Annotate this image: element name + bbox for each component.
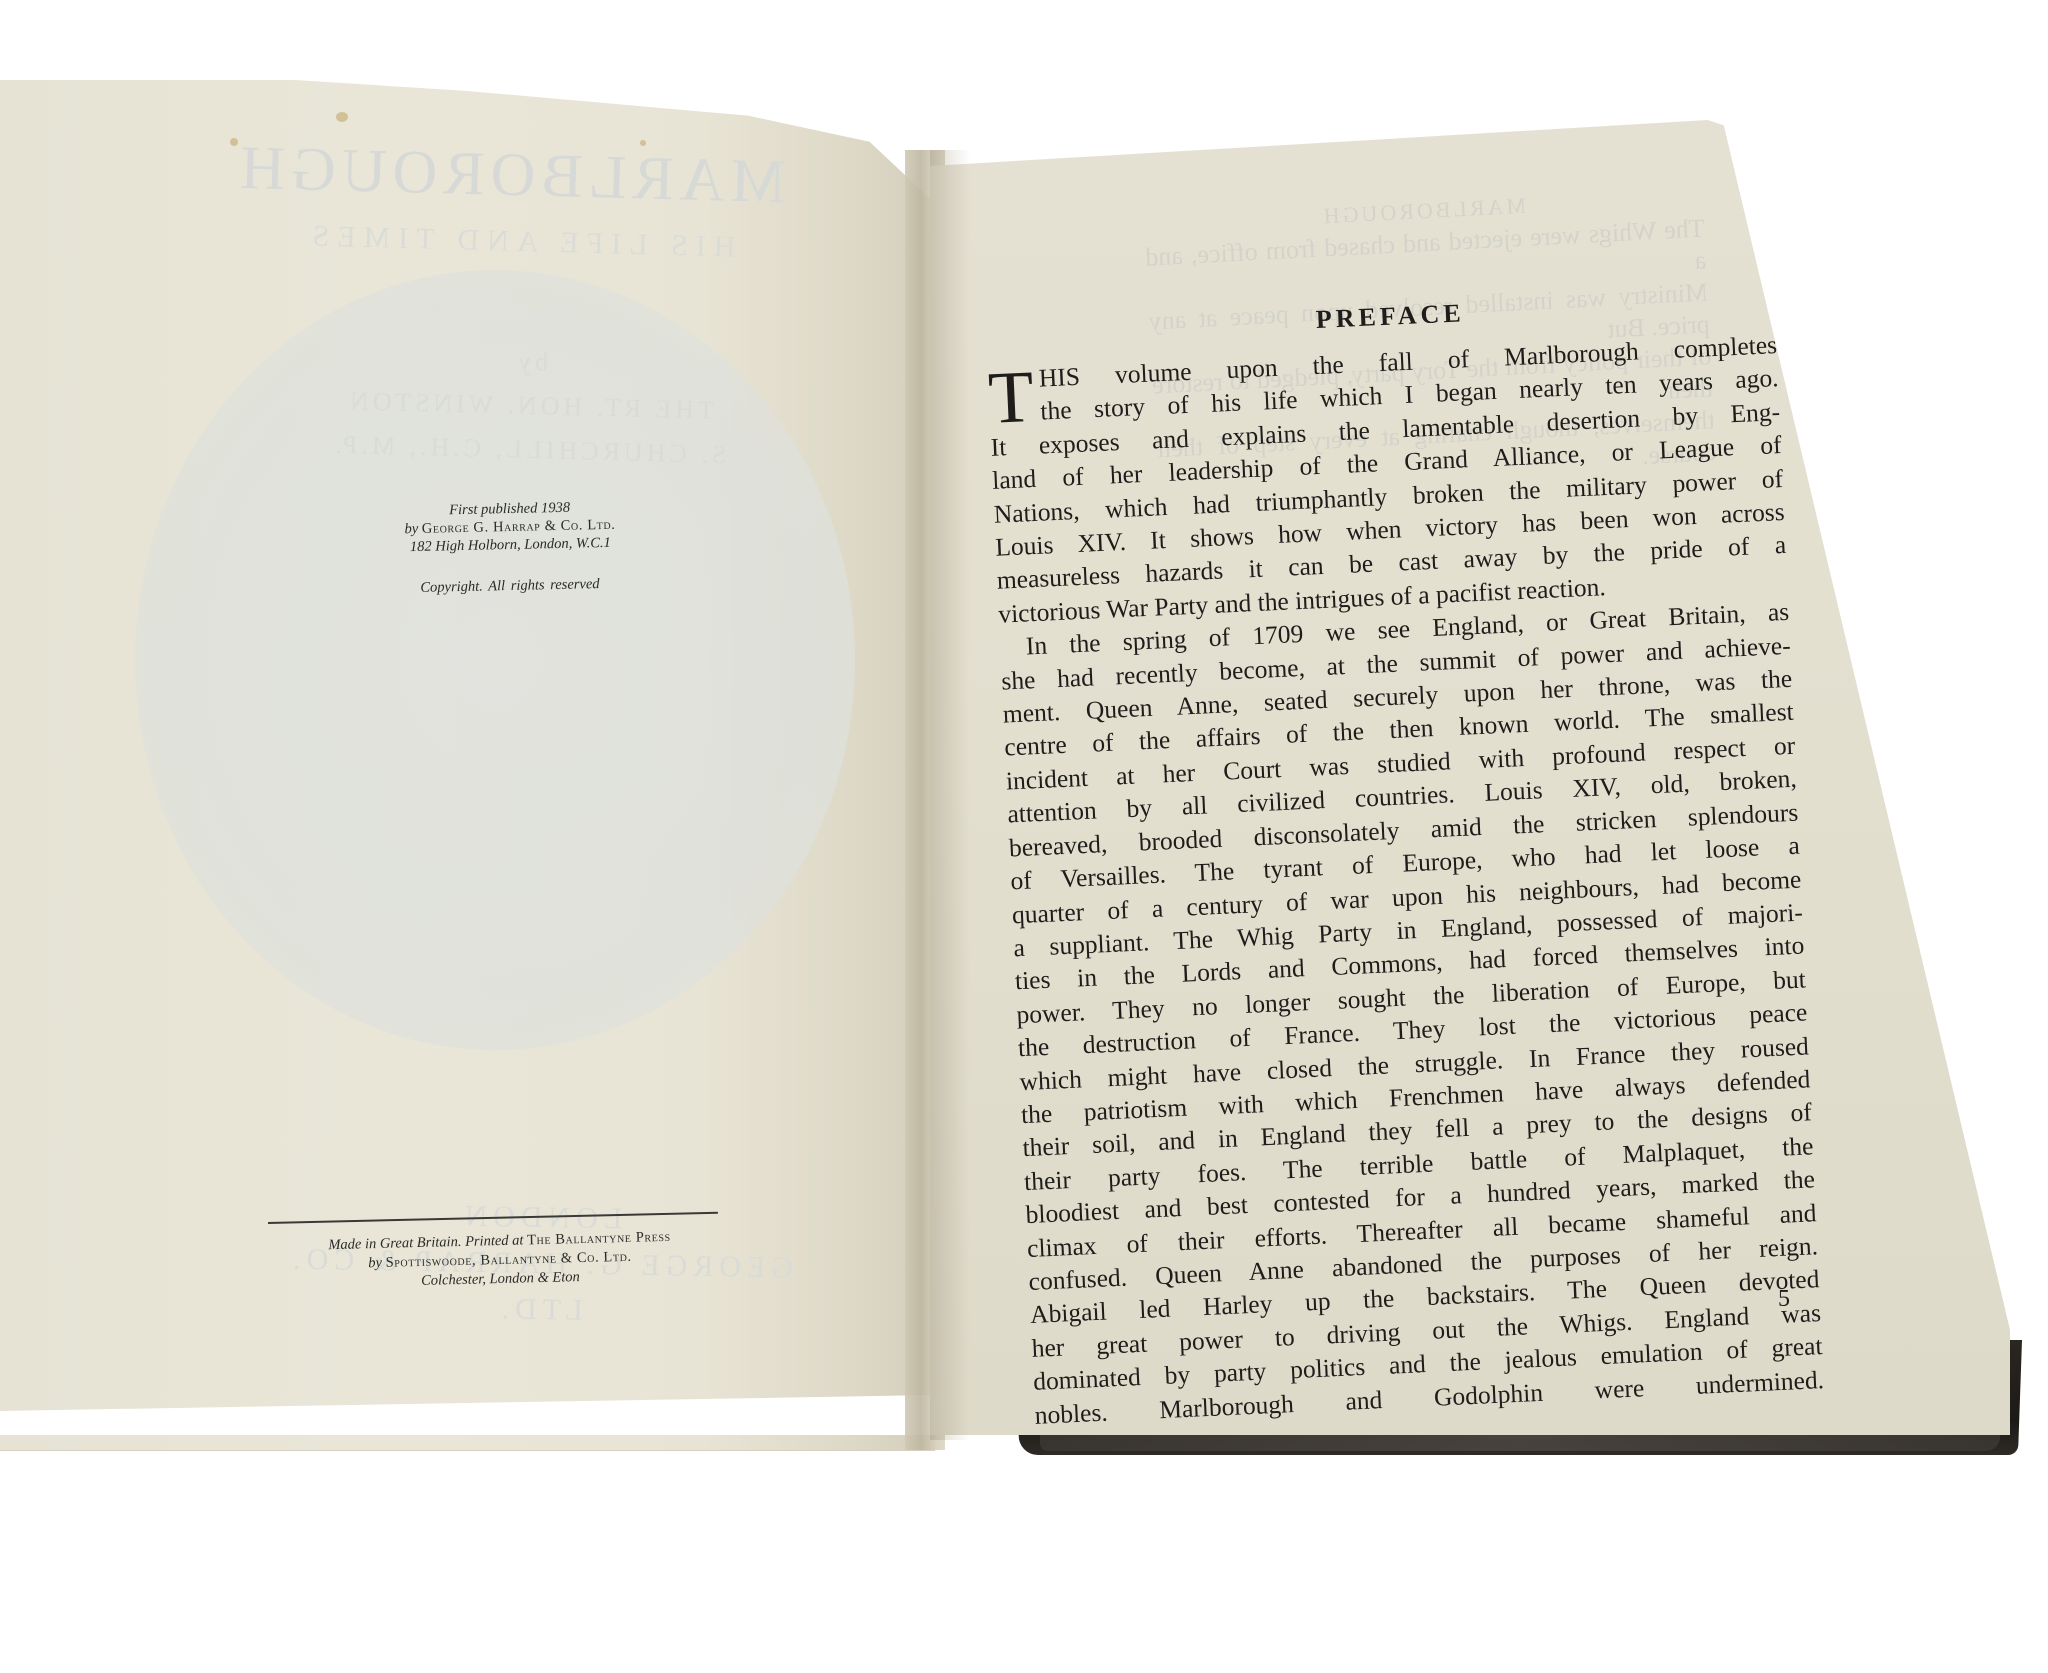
- printer-name: Spottiswoode, Ballantyne & Co. Ltd.: [385, 1249, 631, 1271]
- foxing-spot: [336, 112, 348, 122]
- paragraph-1: T HIS volume upon the fall of Marlboroug…: [987, 328, 1788, 631]
- by-label: by: [404, 521, 422, 537]
- press-name: The Ballantyne Press: [527, 1229, 671, 1249]
- by-label: by: [368, 1255, 386, 1271]
- book-photo: MARLBOROUGH HIS LIFE AND TIMES by THE RT…: [0, 0, 2048, 1673]
- preface-text: PREFACE T HIS volume upon the fall of Ma…: [985, 284, 1825, 1432]
- paragraph-2: In the spring of 1709 we see England, or…: [999, 595, 1825, 1432]
- foxing-spot: [640, 140, 646, 146]
- imprint-block: First published 1938 by George G. Harrap…: [359, 497, 660, 557]
- page-number: 5: [1778, 1286, 1790, 1313]
- foxing-spot: [230, 138, 238, 146]
- drop-cap: T: [987, 366, 1035, 430]
- gutter-shadow: [930, 150, 970, 1440]
- show-through-author: by THE RT. HON. WINSTON S. CHURCHILL, C.…: [248, 333, 811, 480]
- book-page-edges: [1040, 1435, 2000, 1451]
